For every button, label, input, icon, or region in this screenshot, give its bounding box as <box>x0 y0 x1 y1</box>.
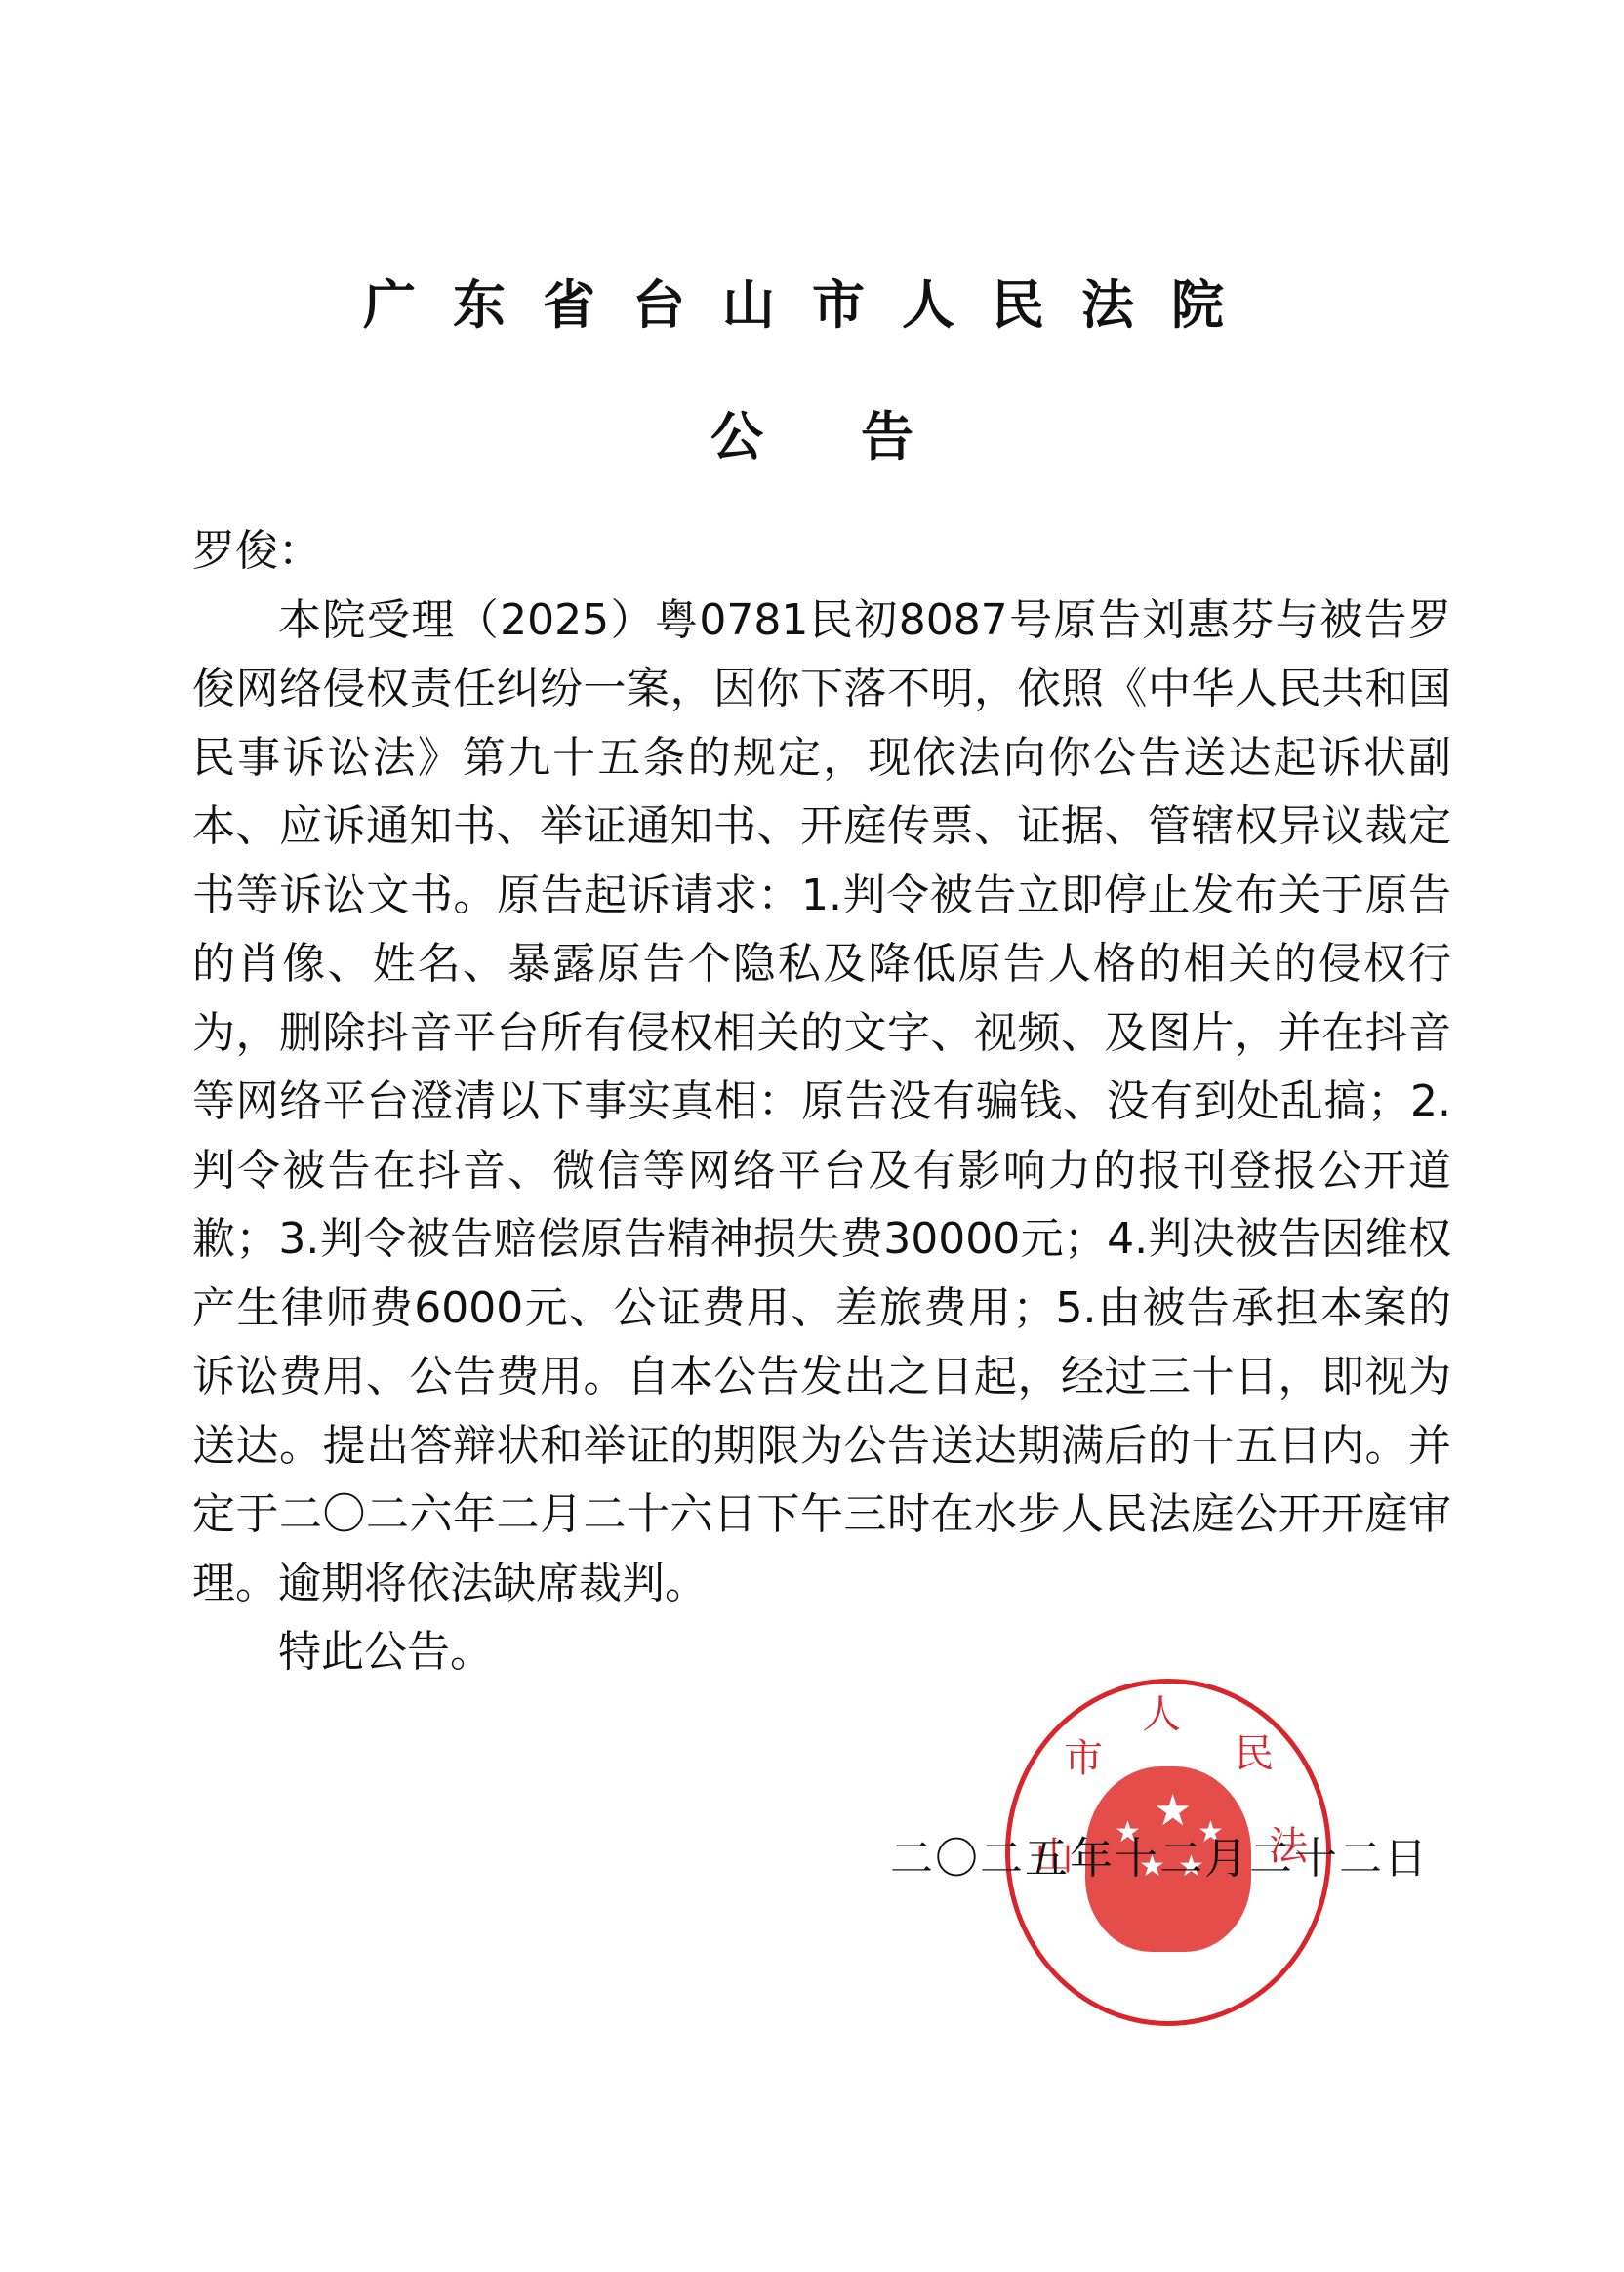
addressee: 罗俊： <box>192 517 1451 587</box>
notice-paragraph: 本院受理（2025）粤0781民初8087号原告刘惠芬与被告罗俊网络侵权责任纠纷… <box>192 587 1451 1619</box>
notice-body: 罗俊： 本院受理（2025）粤0781民初8087号原告刘惠芬与被告罗俊网络侵权… <box>192 517 1451 1687</box>
seal-char: 民 <box>1235 1723 1274 1778</box>
court-name-heading: 广东省台山市人民法院 <box>0 264 1624 339</box>
seal-char: 市 <box>1064 1727 1103 1783</box>
issue-date: 二〇二五年十二月二十二日 <box>890 1823 1429 1886</box>
closing-paragraph: 特此公告。 <box>192 1618 1451 1687</box>
document-type-heading: 公告 <box>0 395 1624 470</box>
seal-char: 人 <box>1142 1684 1181 1739</box>
